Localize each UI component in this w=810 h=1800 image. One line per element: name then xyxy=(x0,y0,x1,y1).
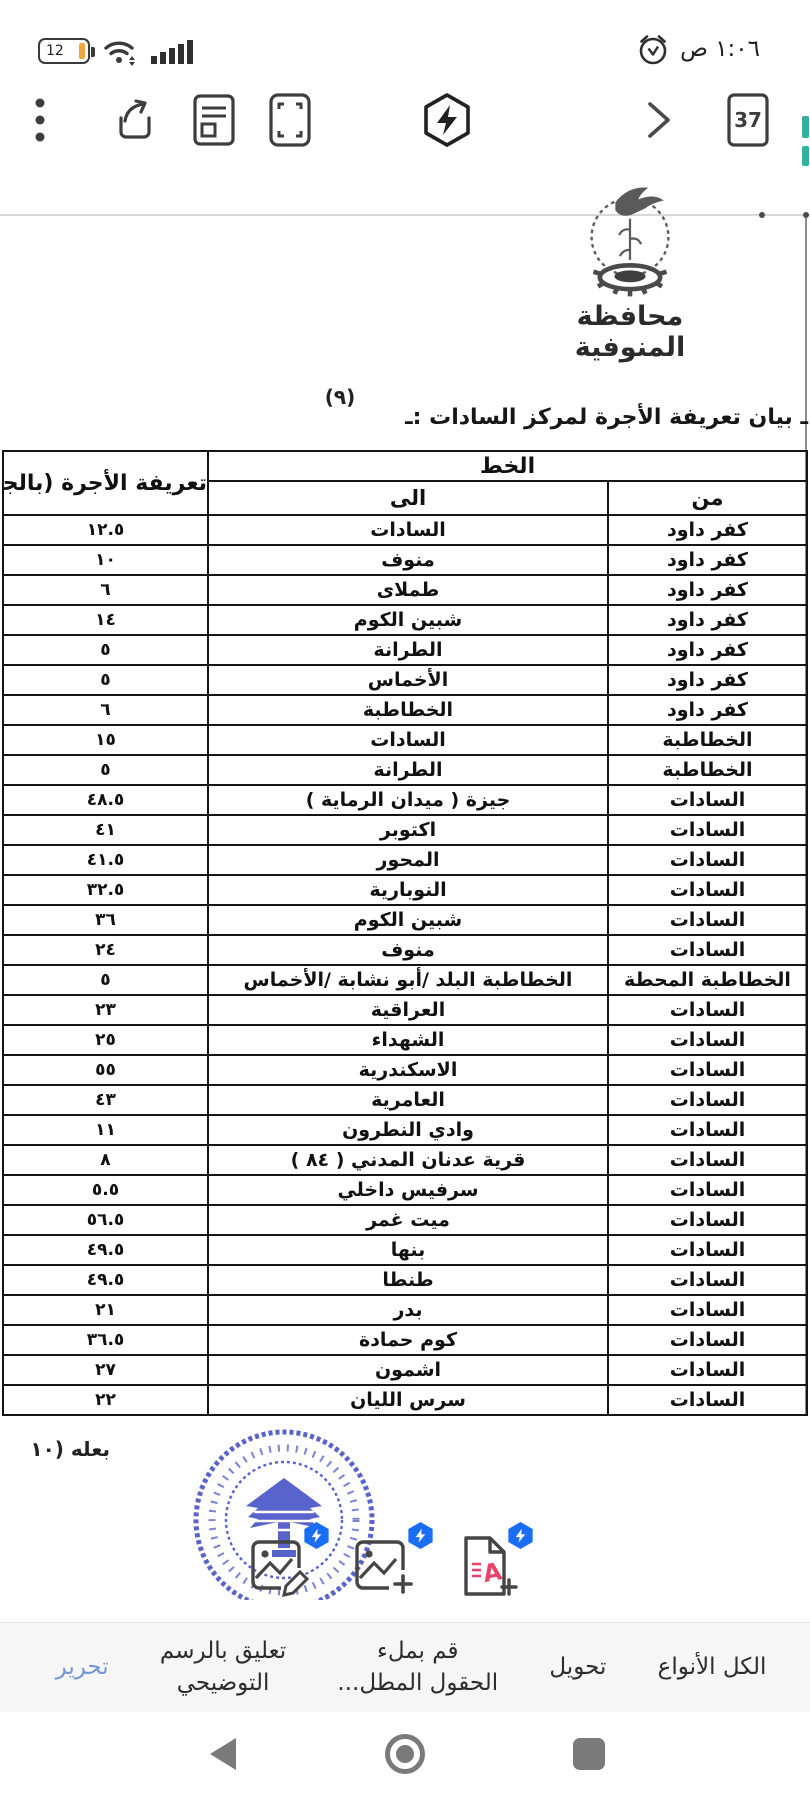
to-cell: المحور xyxy=(208,845,608,875)
table-row: الساداتالشهداء٢٥ xyxy=(3,1025,807,1055)
to-cell: السادات xyxy=(208,725,608,755)
logo-caption: محافظة المنوفية xyxy=(545,301,715,363)
doc-title: ـ بيان تعريفة الأجرة لمركز السادات :ـ xyxy=(368,405,808,430)
header-line-group: الخط xyxy=(208,451,807,481)
tool-label: تحرير xyxy=(56,1652,109,1683)
from-cell: السادات xyxy=(608,1025,807,1055)
edge-dot xyxy=(759,212,765,218)
to-cell: طنطا xyxy=(208,1265,608,1295)
to-cell: الخطاطبة xyxy=(208,695,608,725)
table-row: الساداتالنوبارية٣٢.٥ xyxy=(3,875,807,905)
table-row: الخطاطبةالسادات١٥ xyxy=(3,725,807,755)
to-cell: العراقية xyxy=(208,995,608,1025)
fare-cell: ٨ xyxy=(3,1145,208,1175)
fare-cell: ٥ xyxy=(3,755,208,785)
to-cell: النوبارية xyxy=(208,875,608,905)
from-cell: السادات xyxy=(608,875,807,905)
to-cell: اشمون xyxy=(208,1355,608,1385)
fare-cell: ١٠ xyxy=(3,545,208,575)
table-row: كفر داودالخطاطبة٦ xyxy=(3,695,807,725)
to-cell: منوف xyxy=(208,935,608,965)
to-cell: الخطاطبة البلد /أبو نشابة /الأخماس xyxy=(208,965,608,995)
table-row: الخطاطبة المحطةالخطاطبة البلد /أبو نشابة… xyxy=(3,965,807,995)
document-autofill-icon: A xyxy=(452,1534,520,1598)
from-cell: السادات xyxy=(608,1295,807,1325)
table-row: الساداتاكتوبر٤١ xyxy=(3,815,807,845)
table-row: الساداتوادي النطرون١١ xyxy=(3,1115,807,1145)
from-cell: السادات xyxy=(608,1085,807,1115)
fare-cell: ٤١ xyxy=(3,815,208,845)
fare-cell: ٣٦ xyxy=(3,905,208,935)
fare-cell: ٣٢.٥ xyxy=(3,875,208,905)
battery-nub xyxy=(91,47,95,57)
fullscreen-frame-icon[interactable] xyxy=(268,92,312,148)
to-cell: بدر xyxy=(208,1295,608,1325)
fare-cell: ٣٦.٥ xyxy=(3,1325,208,1355)
from-cell: كفر داود xyxy=(608,545,807,575)
lightning-hexagon-icon[interactable] xyxy=(422,92,472,148)
status-bar: 12 xyxy=(0,0,810,70)
phone-screen: 12 xyxy=(0,0,810,1800)
table-row: الساداتالعراقية٢٣ xyxy=(3,995,807,1025)
from-cell: السادات xyxy=(608,1325,807,1355)
share-icon[interactable] xyxy=(108,94,160,146)
fare-cell: ٥٥ xyxy=(3,1055,208,1085)
table-row: الساداتميت غمر٥٦.٥ xyxy=(3,1205,807,1235)
to-cell: قرية عدنان المدني ( ٨٤ ) xyxy=(208,1145,608,1175)
from-cell: السادات xyxy=(608,1385,807,1415)
add-image-button[interactable] xyxy=(352,1534,424,1610)
image-edit-icon xyxy=(248,1534,312,1598)
fare-cell: ٤٨.٥ xyxy=(3,785,208,815)
document-action-row: A xyxy=(0,1528,810,1614)
from-cell: السادات xyxy=(608,1115,807,1145)
reader-view-icon[interactable] xyxy=(192,93,236,147)
header-from: من xyxy=(608,481,807,515)
eagle-wreath-gear-emblem xyxy=(550,173,710,301)
tool-label: قم بملء xyxy=(377,1636,459,1667)
fare-cell: ١٤ xyxy=(3,605,208,635)
tool-convert[interactable]: تحويل xyxy=(549,1652,606,1683)
from-cell: السادات xyxy=(608,1235,807,1265)
fill-fields-button[interactable]: A xyxy=(452,1534,524,1610)
fare-cell: ٤٣ xyxy=(3,1085,208,1115)
table-row: الساداتاشمون٢٧ xyxy=(3,1355,807,1385)
fare-cell: ٢٣ xyxy=(3,995,208,1025)
fare-cell: ١١ xyxy=(3,1115,208,1145)
fare-cell: ٥٦.٥ xyxy=(3,1205,208,1235)
from-cell: الخطاطبة المحطة xyxy=(608,965,807,995)
fare-cell: ١٥ xyxy=(3,725,208,755)
from-cell: كفر داود xyxy=(608,575,807,605)
forward-chevron-icon[interactable] xyxy=(645,99,673,141)
to-cell: طملاى xyxy=(208,575,608,605)
fare-cell: ٢١ xyxy=(3,1295,208,1325)
scroll-indicator xyxy=(802,116,809,138)
to-cell: الاسكندرية xyxy=(208,1055,608,1085)
menu-kebab-icon[interactable] xyxy=(34,97,46,143)
continuation-note: بعله (١٠ xyxy=(0,1437,110,1461)
clock-time: ١:٠٦ ص xyxy=(680,36,760,62)
table-row: الساداتطنطا٤٩.٥ xyxy=(3,1265,807,1295)
tool-label: الكل الأنواع xyxy=(658,1652,767,1683)
table-row: الساداتالمحور٤١.٥ xyxy=(3,845,807,875)
fare-cell: ٥.٥ xyxy=(3,1175,208,1205)
from-cell: كفر داود xyxy=(608,665,807,695)
tool-label: تعليق بالرسم xyxy=(160,1636,286,1667)
to-cell: ميت غمر xyxy=(208,1205,608,1235)
from-cell: السادات xyxy=(608,905,807,935)
android-nav-bar xyxy=(0,1712,810,1800)
table-row: الساداتسرفيس داخلي٥.٥ xyxy=(3,1175,807,1205)
to-cell: منوف xyxy=(208,545,608,575)
to-cell: شبين الكوم xyxy=(208,605,608,635)
to-cell: سرفيس داخلي xyxy=(208,1175,608,1205)
to-cell: الشهداء xyxy=(208,1025,608,1055)
status-right-cluster: ١:٠٦ ص xyxy=(636,32,760,66)
table-row: الساداتبدر٢١ xyxy=(3,1295,807,1325)
table-row: الخطاطبةالطرانة٥ xyxy=(3,755,807,785)
table-row: كفر داودشبين الكوم١٤ xyxy=(3,605,807,635)
browser-toolbar: 37 xyxy=(0,75,810,165)
to-cell: الطرانة xyxy=(208,755,608,785)
scroll-indicator xyxy=(802,146,809,166)
fare-cell: ٥ xyxy=(3,965,208,995)
back-button[interactable] xyxy=(208,1736,240,1776)
recents-button[interactable] xyxy=(572,1737,606,1775)
to-cell: اكتوبر xyxy=(208,815,608,845)
fare-cell: ٢٥ xyxy=(3,1025,208,1055)
autofill-letter: A xyxy=(481,1557,505,1588)
to-cell: بنها xyxy=(208,1235,608,1265)
table-row: الساداتقرية عدنان المدني ( ٨٤ )٨ xyxy=(3,1145,807,1175)
to-cell: العامرية xyxy=(208,1085,608,1115)
home-button[interactable] xyxy=(384,1733,426,1779)
tool-annotate[interactable]: تعليق بالرسم التوضيحي xyxy=(160,1636,286,1698)
fare-cell: ١٢.٥ xyxy=(3,515,208,545)
from-cell: الخطاطبة xyxy=(608,755,807,785)
to-cell: السادات xyxy=(208,515,608,545)
from-cell: كفر داود xyxy=(608,515,807,545)
cell-signal-icon xyxy=(150,36,196,66)
table-row: الساداتمنوف٢٤ xyxy=(3,935,807,965)
fare-cell: ٢٢ xyxy=(3,1385,208,1415)
table-row: كفر داودطملاى٦ xyxy=(3,575,807,605)
tool-all-types[interactable]: الكل الأنواع xyxy=(658,1652,767,1683)
fare-cell: ٤٩.٥ xyxy=(3,1265,208,1295)
tool-label: تحويل xyxy=(549,1652,606,1683)
fare-table-body: كفر داودالسادات١٢.٥كفر داودمنوف١٠كفر داو… xyxy=(3,515,807,1415)
tool-edit[interactable]: تحرير xyxy=(56,1652,109,1683)
from-cell: السادات xyxy=(608,815,807,845)
to-cell: شبين الكوم xyxy=(208,905,608,935)
battery-icon: 12 xyxy=(38,38,90,64)
tool-fill-fields[interactable]: قم بملء الحقول المطل... xyxy=(337,1636,498,1698)
from-cell: الخطاطبة xyxy=(608,725,807,755)
from-cell: السادات xyxy=(608,935,807,965)
table-row: كفر داودمنوف١٠ xyxy=(3,545,807,575)
battery-percent: 12 xyxy=(46,44,64,58)
table-row: كفر داودالأخماس٥ xyxy=(3,665,807,695)
tab-counter-icon[interactable]: 37 xyxy=(343,92,810,148)
from-cell: السادات xyxy=(608,845,807,875)
to-cell: كوم حمادة xyxy=(208,1325,608,1355)
from-cell: السادات xyxy=(608,1355,807,1385)
to-cell: جيزة ( ميدان الرماية ) xyxy=(208,785,608,815)
status-left-cluster: 12 xyxy=(38,36,196,66)
to-cell: الطرانة xyxy=(208,635,608,665)
from-cell: السادات xyxy=(608,1055,807,1085)
fare-cell: ٦ xyxy=(3,695,208,725)
tool-label: التوضيحي xyxy=(177,1668,270,1699)
wifi-icon xyxy=(102,36,138,66)
from-cell: السادات xyxy=(608,1175,807,1205)
to-cell: وادي النطرون xyxy=(208,1115,608,1145)
fare-table: الخط تعريفة الأجرة (بالجنيه) من الى كفر … xyxy=(2,450,808,1416)
from-cell: السادات xyxy=(608,1145,807,1175)
fare-cell: ٥ xyxy=(3,635,208,665)
fare-cell: ٥ xyxy=(3,665,208,695)
table-row: كفر داودالطرانة٥ xyxy=(3,635,807,665)
from-cell: كفر داود xyxy=(608,695,807,725)
fare-cell: ٢٤ xyxy=(3,935,208,965)
alarm-clock-icon xyxy=(636,32,670,66)
from-cell: السادات xyxy=(608,1265,807,1295)
table-row: الساداتبنها٤٩.٥ xyxy=(3,1235,807,1265)
table-row: الساداتسرس الليان٢٢ xyxy=(3,1385,807,1415)
table-row: كفر داودالسادات١٢.٥ xyxy=(3,515,807,545)
battery-level-bar xyxy=(79,43,85,59)
fare-cell: ٤٩.٥ xyxy=(3,1235,208,1265)
tab-count: 37 xyxy=(343,94,810,146)
edit-image-button[interactable] xyxy=(248,1534,320,1610)
pdf-tools-bar: الكل الأنواع تحويل قم بملء الحقول المطل.… xyxy=(0,1622,810,1712)
header-fare: تعريفة الأجرة (بالجنيه) xyxy=(3,451,208,515)
table-row: الساداتالاسكندرية٥٥ xyxy=(3,1055,807,1085)
tool-label: الحقول المطل... xyxy=(337,1668,498,1699)
fare-cell: ٢٧ xyxy=(3,1355,208,1385)
table-row: الساداتشبين الكوم٣٦ xyxy=(3,905,807,935)
governorate-logo: محافظة المنوفية xyxy=(545,173,715,363)
header-to: الى xyxy=(208,481,608,515)
from-cell: كفر داود xyxy=(608,605,807,635)
table-row: الساداتجيزة ( ميدان الرماية )٤٨.٥ xyxy=(3,785,807,815)
from-cell: كفر داود xyxy=(608,635,807,665)
to-cell: سرس الليان xyxy=(208,1385,608,1415)
to-cell: الأخماس xyxy=(208,665,608,695)
from-cell: السادات xyxy=(608,995,807,1025)
table-row: الساداتالعامرية٤٣ xyxy=(3,1085,807,1115)
from-cell: السادات xyxy=(608,1205,807,1235)
fare-cell: ٦ xyxy=(3,575,208,605)
from-cell: السادات xyxy=(608,785,807,815)
table-row: الساداتكوم حمادة٣٦.٥ xyxy=(3,1325,807,1355)
fare-cell: ٤١.٥ xyxy=(3,845,208,875)
image-add-icon xyxy=(352,1534,416,1598)
